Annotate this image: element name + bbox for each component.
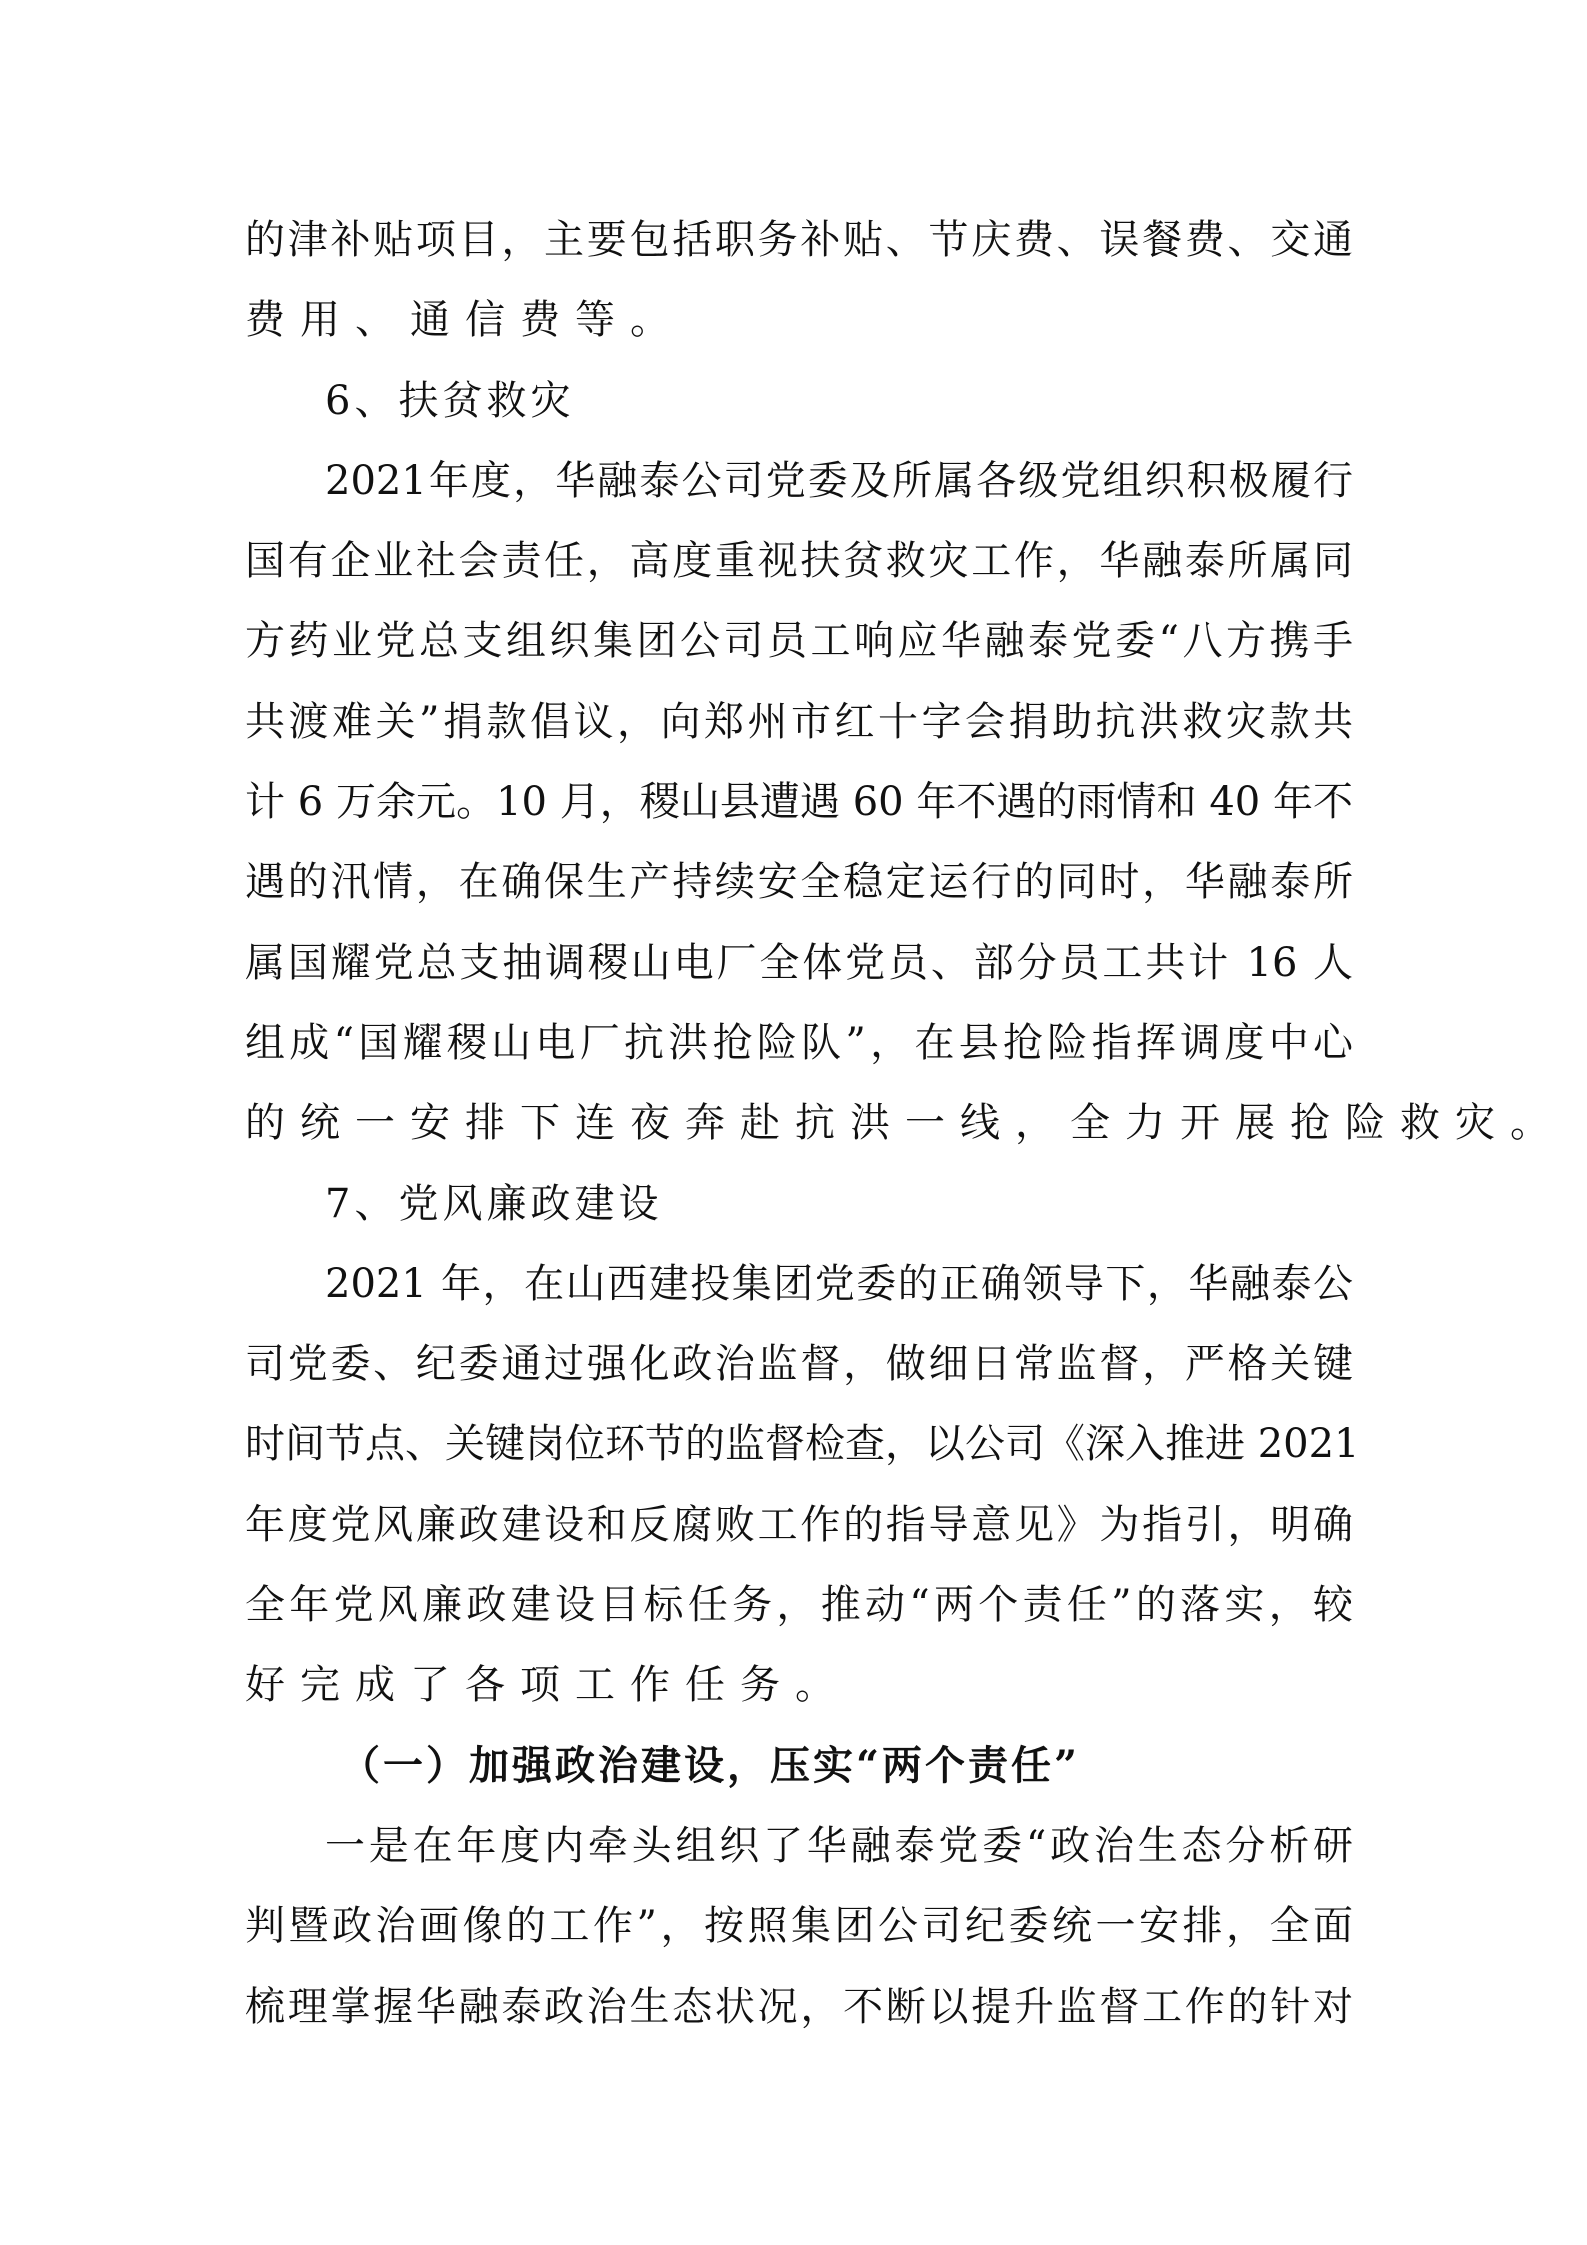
paragraph-line: 司党委、纪委通过强化政治监督，做细日常监督，严格关键 bbox=[245, 1336, 1353, 1416]
paragraph-line: 的统一安排下连夜奔赴抗洪一线，全力开展抢险救灾。 bbox=[245, 1095, 1353, 1175]
paragraph-line: 费用、通信费等。 bbox=[245, 292, 1353, 372]
document-body: 的津补贴项目，主要包括职务补贴、节庆费、误餐费、交通 费用、通信费等。 6、扶贫… bbox=[245, 212, 1353, 2059]
paragraph-line: 国有企业社会责任，高度重视扶贫救灾工作，华融泰所属同 bbox=[245, 533, 1353, 613]
paragraph-line: 好完成了各项工作任务。 bbox=[245, 1657, 1353, 1737]
section-heading-party-integrity: 7、党风廉政建设 bbox=[245, 1176, 1353, 1256]
paragraph-line: 方药业党总支组织集团公司员工响应华融泰党委“八方携手 bbox=[245, 613, 1353, 693]
paragraph-line: 梳理掌握华融泰政治生态状况，不断以提升监督工作的针对 bbox=[245, 1979, 1353, 2059]
paragraph-line: 年度党风廉政建设和反腐败工作的指导意见》为指引，明确 bbox=[245, 1497, 1353, 1577]
paragraph-line: 一是在年度内牵头组织了华融泰党委“政治生态分析研 bbox=[245, 1818, 1353, 1898]
paragraph-line: 属国耀党总支抽调稷山电厂全体党员、部分员工共计 16 人 bbox=[245, 935, 1353, 1015]
paragraph-line: 2021年度，华融泰公司党委及所属各级党组织积极履行 bbox=[245, 453, 1353, 533]
paragraph-line: 遇的汛情，在确保生产持续安全稳定运行的同时，华融泰所 bbox=[245, 854, 1353, 934]
document-page: 的津补贴项目，主要包括职务补贴、节庆费、误餐费、交通 费用、通信费等。 6、扶贫… bbox=[0, 0, 1587, 2245]
paragraph-line: 共渡难关”捐款倡议，向郑州市红十字会捐助抗洪救灾款共 bbox=[245, 694, 1353, 774]
section-heading-poverty-relief: 6、扶贫救灾 bbox=[245, 373, 1353, 453]
paragraph-line: 时间节点、关键岗位环节的监督检查，以公司《深入推进 2021 bbox=[245, 1416, 1353, 1496]
paragraph-line: 全年党风廉政建设目标任务，推动“两个责任”的落实，较 bbox=[245, 1577, 1353, 1657]
subsection-heading-political-building: （一）加强政治建设，压实“两个责任” bbox=[245, 1738, 1353, 1818]
paragraph-line: 判暨政治画像的工作”，按照集团公司纪委统一安排，全面 bbox=[245, 1898, 1353, 1978]
paragraph-line: 的津补贴项目，主要包括职务补贴、节庆费、误餐费、交通 bbox=[245, 212, 1353, 292]
paragraph-line: 2021 年，在山西建投集团党委的正确领导下，华融泰公 bbox=[245, 1256, 1353, 1336]
paragraph-line: 计 6 万余元。10 月，稷山县遭遇 60 年不遇的雨情和 40 年不 bbox=[245, 774, 1353, 854]
paragraph-line: 组成“国耀稷山电厂抗洪抢险队”，在县抢险指挥调度中心 bbox=[245, 1015, 1353, 1095]
